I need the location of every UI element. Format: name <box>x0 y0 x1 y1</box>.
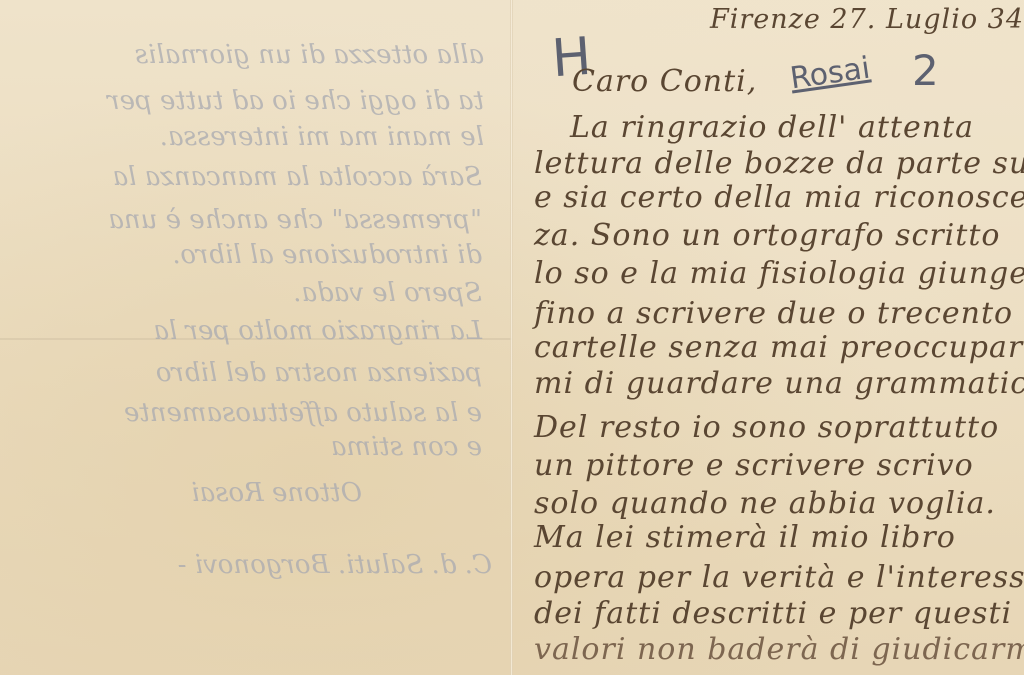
bleed-line: di introduzione al libro. <box>172 240 482 270</box>
letter-line: Del resto io sono soprattutto <box>534 410 999 445</box>
dateline: Firenze 27. Luglio 34 XII <box>710 4 1024 35</box>
letter-line: mi di guardare una grammatica. <box>534 366 1024 401</box>
letter-line: dei fatti descritti e per questi <box>534 596 1012 631</box>
letter-line: fino a scrivere due o trecento <box>534 296 1013 331</box>
letter-line: valori non baderà di giudicarmi <box>534 632 1024 667</box>
letter-line: za. Sono un ortografo scritto <box>534 218 1000 253</box>
bleed-line: "premessa" che anche è una <box>108 205 482 235</box>
letter-line: un pittore e scrivere scrivo <box>534 448 974 483</box>
bleed-signature: Ottone Rosai <box>191 478 362 508</box>
bleed-line: e la saluto affettuosamente <box>124 398 482 428</box>
pencil-annotation-number: 2 <box>912 46 939 95</box>
letter-line: cartelle senza mai preoccupar <box>534 330 1023 365</box>
letter-line: Ma lei stimerà il mio libro <box>534 520 956 555</box>
bleed-line: e con stima <box>331 432 482 462</box>
letter-line: La ringrazio dell' attenta <box>570 110 974 145</box>
letter-line: lo so e la mia fisiologia giunge <box>534 256 1024 291</box>
letter-line: lettura delle bozze da parte sua <box>534 146 1024 181</box>
letter-line: e sia certo della mia riconoscen <box>534 180 1024 215</box>
bleed-line: le mani ma mi interessa. <box>160 122 484 152</box>
bleed-line: C. d. Saluti. Borgonovi - <box>178 550 492 580</box>
bleed-line: La ringrazio molto per la <box>153 316 482 346</box>
letter-line: opera per la verità e l'interesse <box>534 560 1024 595</box>
left-page: alla ottezza di un giornalis ta di oggi … <box>0 0 512 675</box>
bleed-line: pazienza nostra del libro <box>156 358 482 388</box>
bleed-line: ta di oggi che io ad tutte per <box>107 86 484 116</box>
salutation: Caro Conti, <box>572 64 757 99</box>
pencil-annotation-name: Rosai <box>788 51 872 97</box>
bleed-line: alla ottezza di un giornalis <box>135 40 484 70</box>
letter-line: solo quando ne abbia voglia. <box>534 486 996 521</box>
bleed-line: Spero le vada. <box>293 278 482 308</box>
bleed-through-text: alla ottezza di un giornalis ta di oggi … <box>0 0 512 675</box>
bleed-line: Sarà accolta la mancanza la <box>113 162 482 192</box>
right-page: Firenze 27. Luglio 34 XII H Caro Conti, … <box>512 0 1024 675</box>
letter-scan: alla ottezza di un giornalis ta di oggi … <box>0 0 1024 675</box>
